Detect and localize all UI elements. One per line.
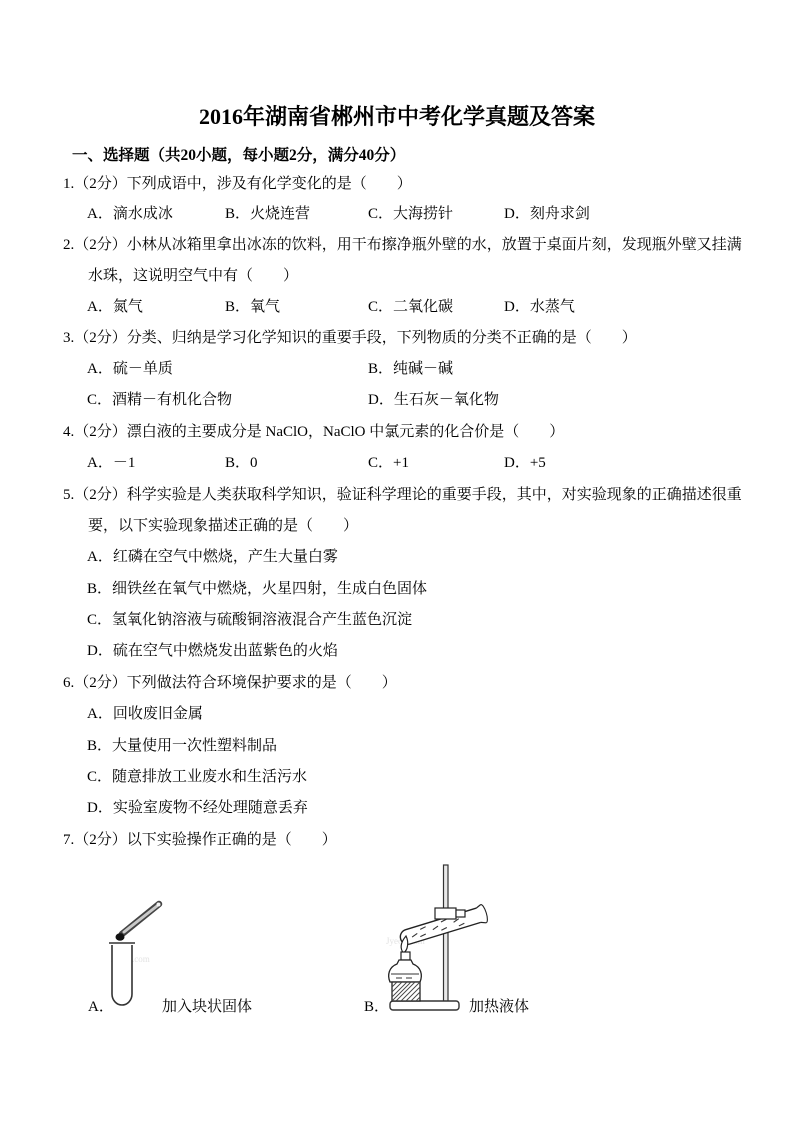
question-4-option-b: B．0 bbox=[225, 455, 258, 472]
hatched-block bbox=[392, 982, 420, 1001]
figure-add-solid: Jyeoo.com bbox=[85, 858, 185, 1015]
question-6-stem: 6.（2分）下列做法符合环境保护要求的是（ ） bbox=[63, 675, 397, 692]
figure-b-label: B． bbox=[364, 999, 389, 1016]
question-2-option-b: B．氧气 bbox=[225, 299, 280, 316]
question-6-option-d: D．实验室废物不经处理随意丢弃 bbox=[87, 800, 308, 817]
question-2-option-c: C．二氧化碳 bbox=[368, 299, 453, 316]
question-4-option-d: D．+5 bbox=[504, 455, 546, 472]
alcohol-lamp-icon bbox=[389, 960, 422, 982]
heat-liquid-figure: Jyeoo.com bbox=[358, 858, 543, 1016]
section-header: 一、选择题（共20小题，每小题2分，满分40分） bbox=[72, 147, 405, 164]
question-5-option-d: D．硫在空气中燃烧发出蓝紫色的火焰 bbox=[87, 643, 338, 660]
question-4-option-c: C．+1 bbox=[368, 455, 409, 472]
question-4-option-a: A．－1 bbox=[87, 455, 135, 472]
stand-base bbox=[390, 1001, 459, 1010]
question-6-option-c: C．随意排放工业废水和生活污水 bbox=[87, 769, 307, 786]
exam-document-page: 2016年湖南省郴州市中考化学真题及答案 一、选择题（共20小题，每小题2分，满… bbox=[0, 0, 794, 1123]
question-3-option-c: C．酒精－有机化合物 bbox=[87, 392, 232, 409]
question-5-option-a: A．红磷在空气中燃烧，产生大量白雾 bbox=[87, 549, 338, 566]
question-7-stem: 7.（2分）以下实验操作正确的是（ ） bbox=[63, 832, 337, 849]
question-1-option-a: A．滴水成冰 bbox=[87, 206, 173, 223]
question-5-stem-line2: 要，以下实验现象描述正确的是（ ） bbox=[88, 518, 358, 535]
question-6-option-b: B．大量使用一次性塑料制品 bbox=[87, 738, 277, 755]
question-3-option-a: A．硫－单质 bbox=[87, 361, 173, 378]
question-1-stem: 1.（2分）下列成语中，涉及有化学变化的是（ ） bbox=[63, 176, 412, 193]
question-4-stem: 4.（2分）漂白液的主要成分是 NaClO，NaClO 中氯元素的化合价是（ ） bbox=[63, 424, 564, 441]
test-tube-icon bbox=[109, 943, 135, 1005]
question-5-stem-line1: 5.（2分）科学实验是人类获取科学知识，验证科学理论的重要手段，其中，对实验现象… bbox=[63, 487, 742, 504]
question-3-option-d: D．生石灰－氧化物 bbox=[368, 392, 499, 409]
figure-a-caption: 加入块状固体 bbox=[162, 999, 252, 1016]
question-2-stem-line2: 水珠，这说明空气中有（ ） bbox=[88, 268, 298, 285]
question-6-option-a: A．回收废旧金属 bbox=[87, 706, 203, 723]
question-3-stem: 3.（2分）分类、归纳是学习化学知识的重要手段，下列物质的分类不正确的是（ ） bbox=[63, 330, 637, 347]
question-1-option-c: C．大海捞针 bbox=[368, 206, 453, 223]
clamp-icon bbox=[435, 908, 465, 919]
page-title: 2016年湖南省郴州市中考化学真题及答案 bbox=[0, 100, 794, 131]
wick-holder bbox=[401, 952, 410, 960]
question-1-option-b: B．火烧连营 bbox=[225, 206, 310, 223]
figure-heat-liquid: Jyeoo.com bbox=[358, 858, 543, 1016]
question-2-stem-line1: 2.（2分）小林从冰箱里拿出冰冻的饮料，用干布擦净瓶外壁的水，放置于桌面片刻，发… bbox=[63, 237, 742, 254]
figure-a-label: A． bbox=[88, 999, 114, 1016]
question-5-option-c: C．氢氧化钠溶液与硫酸铜溶液混合产生蓝色沉淀 bbox=[87, 612, 412, 629]
tweezers-icon bbox=[122, 903, 161, 935]
question-3-option-b: B．纯碱－碱 bbox=[368, 361, 453, 378]
figure-b-caption: 加热液体 bbox=[469, 999, 529, 1016]
question-2-option-a: A．氮气 bbox=[87, 299, 143, 316]
solid-block-icon bbox=[116, 933, 125, 941]
question-1-option-d: D．刻舟求剑 bbox=[504, 206, 590, 223]
add-solid-figure: Jyeoo.com bbox=[85, 858, 185, 1015]
question-2-option-d: D．水蒸气 bbox=[504, 299, 575, 316]
question-5-option-b: B．细铁丝在氧气中燃烧，火星四射，生成白色固体 bbox=[87, 581, 427, 598]
